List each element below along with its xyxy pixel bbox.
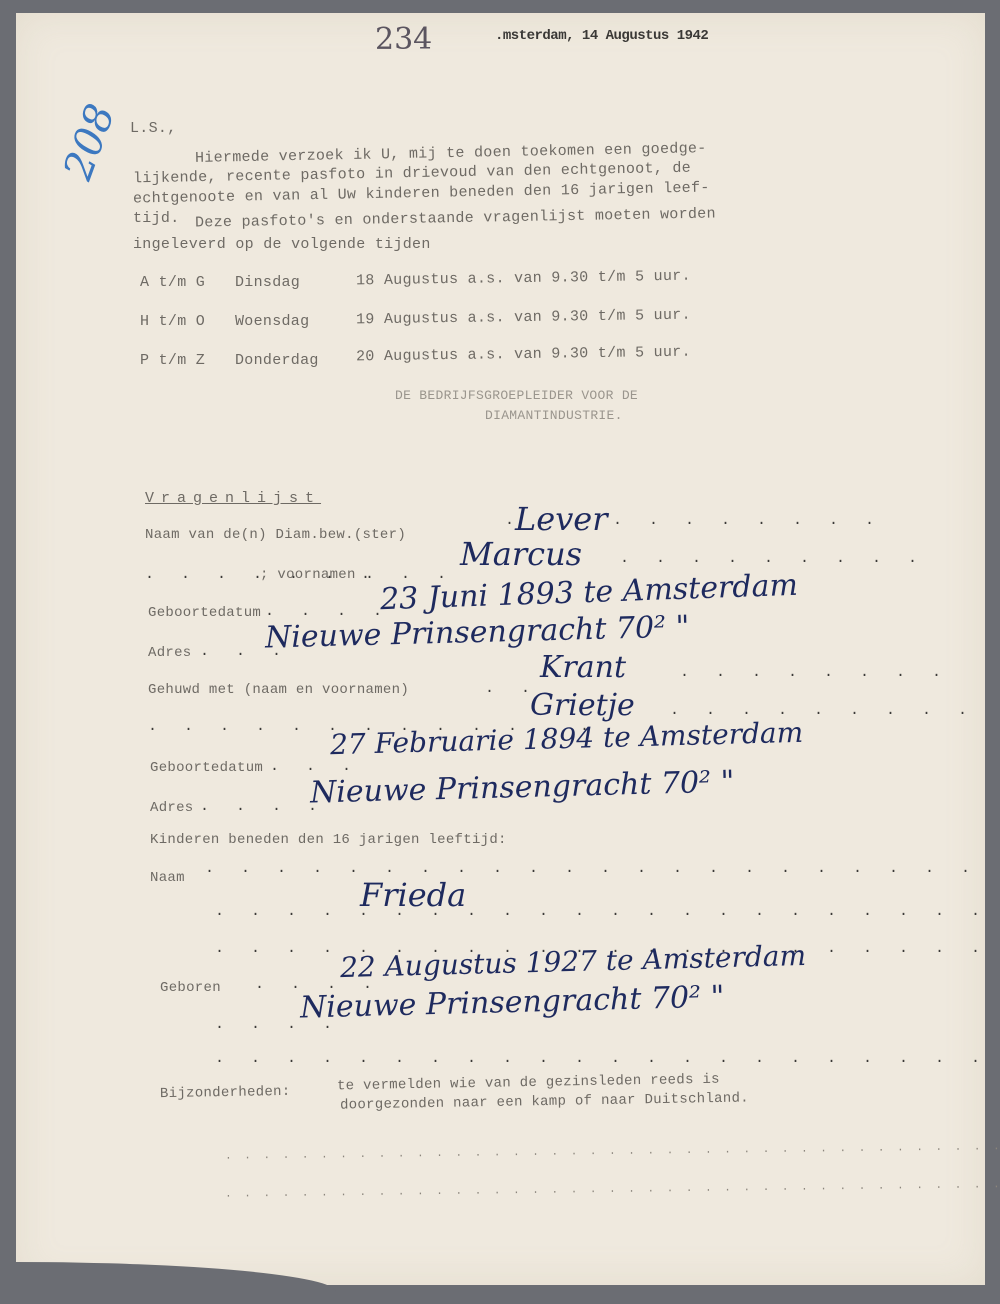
name-label: Naam van de(n) Diam.bew.(ster): [145, 527, 406, 543]
name-value: Lever: [515, 500, 608, 538]
schedule-day: Donderdag: [235, 352, 319, 369]
signature-line-1: DE BEDRIJFSGROEPLEIDER VOOR DE: [395, 388, 638, 403]
intro-line-4: tijd.: [133, 210, 180, 227]
child-name-label: Naam: [150, 870, 185, 886]
spouse-birthdate-label: Geboortedatum: [150, 760, 263, 776]
page-number-pencil: 234: [375, 22, 432, 57]
header-place-date: .msterdam, 14 Augustus 1942: [495, 28, 708, 44]
spouse-firstname-value: Grietje: [530, 688, 635, 723]
child-name-value: Frieda: [360, 876, 466, 914]
address-label: Adres: [148, 645, 192, 661]
children-heading: Kinderen beneden den 16 jarigen leeftijd…: [150, 832, 507, 848]
remarks-label: Bijzonderheden:: [160, 1084, 291, 1102]
schedule-day: Dinsdag: [235, 274, 300, 291]
schedule-letters: P t/m Z: [140, 352, 205, 369]
child-born-label: Geboren: [160, 980, 221, 996]
schedule-day: Woensdag: [235, 313, 309, 330]
spouse-address-label: Adres: [150, 800, 194, 816]
schedule-letters: A t/m G: [140, 274, 205, 291]
firstnames-label: ; voornamen: [260, 567, 356, 583]
spouse-surname-value: Krant: [540, 650, 626, 685]
salutation: L.S.,: [130, 120, 177, 137]
form-title: Vragenlijst: [145, 490, 321, 507]
birthdate-label: Geboortedatum: [148, 605, 261, 621]
firstnames-value: Marcus: [460, 535, 582, 573]
schedule-letters: H t/m O: [140, 313, 205, 330]
married-label: Gehuwd met (naam en voornamen): [148, 682, 409, 698]
second-line-2: ingeleverd op de volgende tijden: [133, 236, 431, 253]
signature-line-2: DIAMANTINDUSTRIE.: [485, 408, 623, 423]
